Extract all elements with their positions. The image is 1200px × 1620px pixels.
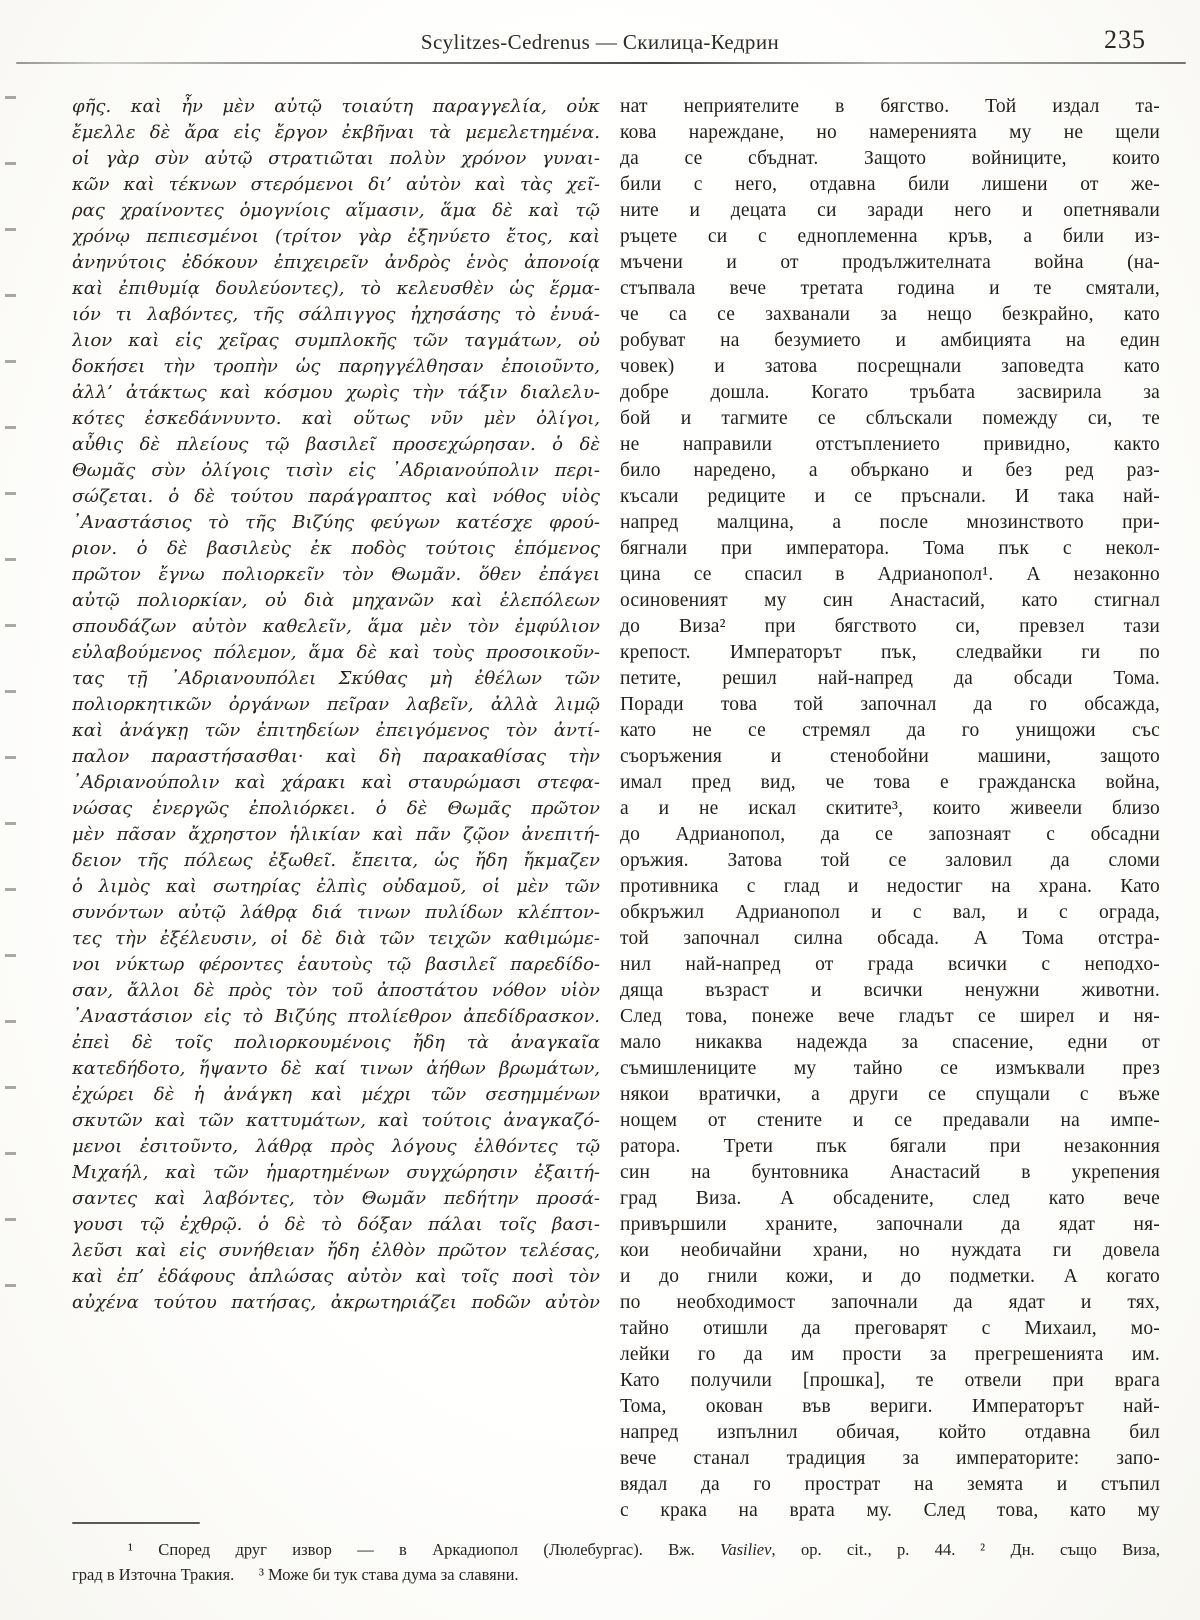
text-line: χρόνῳ πεπιεσμένοι (τρίτον γὰρ ἐξηνύετο ἔ…: [72, 224, 600, 250]
text-line: Тома, окован във вериги. Императорът най…: [620, 1394, 1160, 1420]
text-line: παλον παραστήσασθαι· καὶ δὴ παρακαθίσας …: [72, 744, 600, 770]
text-line: καὶ ἐπ’ ἐδάφους ἁπλώσας αὐτὸν καὶ τοῖς π…: [72, 1264, 600, 1290]
text-line: обкръжил Адрианопол и с вал, и с ограда,: [620, 900, 1160, 926]
text-line: λιον καὶ εἰς χεῖρας συμπλοκῆς τῶν ταγμάτ…: [72, 328, 600, 354]
text-line: нил най-напред от града всички с неподхо…: [620, 952, 1160, 978]
text-line: той започнал силна обсада. А Тома отстра…: [620, 926, 1160, 952]
text-line: Поради това той започнал да го обсажда,: [620, 692, 1160, 718]
text-line: σπουδάζων αὐτὸν καθελεῖν, ἅμα μὲν τὸν ἐμ…: [72, 614, 600, 640]
text-line: σαντες καὶ λαβόντες, τὸν Θωμᾶν πεδήτην π…: [72, 1186, 600, 1212]
text-line: ιόν τι λαβόντες, τῆς σάλπιγγος ἠχησάσης …: [72, 302, 600, 328]
text-line: πρῶτον ἔγνω πολιορκεῖν τὸν Θωμᾶν. ὅθεν ἐ…: [72, 562, 600, 588]
text-line: σκυτῶν καὶ τῶν καττυμάτων, καὶ τούτοις ἀ…: [72, 1108, 600, 1134]
text-line: че са се захванали за нещо безкрайно, ка…: [620, 302, 1160, 328]
text-line: привършили храните, започнали да ядат ня…: [620, 1212, 1160, 1238]
text-line: а и не искал скитите³, които живеели бли…: [620, 796, 1160, 822]
text-line: цина се спасил в Адрианопол¹. А незаконн…: [620, 562, 1160, 588]
text-line: като не се стремял да го унищожи със: [620, 718, 1160, 744]
text-line: Μιχαήλ, καὶ τῶν ἡμαρτημένων συγχώρησιν ἐ…: [72, 1160, 600, 1186]
footnote-text-segment: , op. cit., p. 44. ² Дн. също Виза,: [771, 1540, 1160, 1559]
text-line: ἀλλ’ ἀτάκτως καὶ κόσμου χωρὶς τὴν τάξιν …: [72, 380, 600, 406]
text-line: ἔμελλε δὲ ἄρα εἰς ἔργον ἐκβῆναι τὰ μεμελ…: [72, 120, 600, 146]
text-line: ᾿Αναστάσιον εἰς τὸ Βιζύης πτολίεθρον ἀπε…: [72, 1004, 600, 1030]
text-line: нат неприятелите в бягство. Той издал та…: [620, 94, 1160, 120]
text-line: Като получили [прошка], те отвели при вр…: [620, 1368, 1160, 1394]
text-line: имал пред вид, че това е гражданска войн…: [620, 770, 1160, 796]
running-title: Scylitzes-Cedrenus — Скилица-Кедрин: [0, 30, 1200, 55]
text-line: ἐχώρει δὲ ἡ ἀνάγκη καὶ μέχρι τῶν σεσημμέ…: [72, 1082, 600, 1108]
text-line: δοκήσει τὴν τροπὴν ὡς παρηγγέλθησαν ἐποι…: [72, 354, 600, 380]
text-line: били с него, отдавна били лишени от же-: [620, 172, 1160, 198]
text-line: ἐπεὶ δὲ τοῖς πολιορκουμένοις ἤδη τὰ ἀναγ…: [72, 1030, 600, 1056]
text-line: не направили отстъплението привидно, как…: [620, 432, 1160, 458]
text-line: ратора. Трети пък бягали при незаконния: [620, 1134, 1160, 1160]
scan-artifact-marks: [5, 96, 16, 1301]
text-line: καὶ ἐπιθυμίᾳ δουλεύοντες), τὸ κελευσθὲν …: [72, 276, 600, 302]
footnote-text-segment: град в Източна Тракия. ³ Може би тук ста…: [72, 1565, 519, 1584]
text-line: нощем от стените и се предавали на импе-: [620, 1108, 1160, 1134]
text-line: кова нареждане, но намеренията му не щел…: [620, 120, 1160, 146]
text-line: οἱ γὰρ σὺν αὐτῷ στρατιῶται πολὺν χρόνον …: [72, 146, 600, 172]
text-line: вече станал традиция за императорите: за…: [620, 1446, 1160, 1472]
text-columns: φῆς. καὶ ἦν μὲν αὐτῷ τοιαύτη παραγγελία,…: [72, 94, 1160, 1524]
text-line: стъпвала вече третата година и те смятал…: [620, 276, 1160, 302]
text-line: ните и децата си заради него и опетнявал…: [620, 198, 1160, 224]
text-line: оръжия. Затова той се заловил да сломи: [620, 848, 1160, 874]
text-line: ръцете си с едноплеменна кръв, а били из…: [620, 224, 1160, 250]
text-line: δειον τῆς πόλεως ἐξωθεῖ. ἔπειτα, ὡς ἤδη …: [72, 848, 600, 874]
text-line: τες τὴν ἐξέλευσιν, οἱ δὲ διὰ τῶν τειχῶν …: [72, 926, 600, 952]
text-line: σαν, ἄλλοι δὲ πρὸς τὸν τοῦ ἀποστάτου νόθ…: [72, 978, 600, 1004]
bulgarian-translation-column: нат неприятелите в бягство. Той издал та…: [620, 94, 1160, 1524]
text-line: град Виза. А обсадените, след като вече: [620, 1186, 1160, 1212]
text-line: τας τῇ ᾿Αδριανουπόλει Σκύθας μὴ ἐθέλων τ…: [72, 666, 600, 692]
text-line: συνόντων αὐτῷ λάθρᾳ διά τινων πυλίδων κλ…: [72, 900, 600, 926]
footnote-separator-rule: [72, 1522, 200, 1524]
text-line: добре дошла. Когато тръбата засвирила за: [620, 380, 1160, 406]
text-line: мъчени и от продължителната война (на-: [620, 250, 1160, 276]
text-line: ¹ Според друг извор — в Аркадиопол (Люле…: [72, 1537, 1160, 1562]
header-rule: [16, 62, 1186, 64]
text-line: напред изпълнил обичая, който отдавна би…: [620, 1420, 1160, 1446]
text-line: κατεδήδοτο, ἥψαντο δὲ καί τινων ἀήθων βρ…: [72, 1056, 600, 1082]
text-line: ἀνηνύτοις ἐδόκουν ἐπιχειρεῖν ἀνδρὸς ἑνὸς…: [72, 250, 600, 276]
text-line: αὖθις δὲ πλείους τῷ βασιλεῖ προσεχώρησαν…: [72, 432, 600, 458]
text-line: кои необичайни храни, но нуждата ги дове…: [620, 1238, 1160, 1264]
text-line: мало никаква надежда за спасение, едни о…: [620, 1030, 1160, 1056]
text-line: νοι νύκτωρ φέροντες ἑαυτοὺς τῷ βασιλεῖ π…: [72, 952, 600, 978]
text-line: противника с глад и недостиг на храна. К…: [620, 874, 1160, 900]
text-line: тайно отишли да преговарят с Михаил, мо-: [620, 1316, 1160, 1342]
text-line: κῶν καὶ τέκνων στερόμενοι δι’ αὐτὸν καὶ …: [72, 172, 600, 198]
text-line: γουσι τῷ ἐχθρῷ. ὁ δὲ τὸ δόξαν πάλαι τοῖς…: [72, 1212, 600, 1238]
text-line: късали редиците и се пръснали. И така на…: [620, 484, 1160, 510]
text-line: След това, понеже вече гладът се ширел и…: [620, 1004, 1160, 1030]
text-line: καὶ ἀνάγκῃ τῶν ἐπιτηδείων ἐπειγόμενος τὸ…: [72, 718, 600, 744]
text-line: до Адрианопол, да се запознаят с обсадни: [620, 822, 1160, 848]
text-line: бой и тагмите се сблъскали помежду си, т…: [620, 406, 1160, 432]
text-line: човек) и затова посрещнали заповедта кат…: [620, 354, 1160, 380]
text-line: μὲν πᾶσαν ἄχρηστον ἡλικίαν καὶ πᾶν ζῷον …: [72, 822, 600, 848]
text-line: ριον. ὁ δὲ βασιλεὺς ἐκ ποδὸς τούτοις ἑπό…: [72, 536, 600, 562]
text-line: дяща възраст и всички ненужни животни.: [620, 978, 1160, 1004]
text-line: ᾿Αναστάσιος τὸ τῆς Βιζύης φεύγων κατέσχε…: [72, 510, 600, 536]
text-line: Θωμᾶς σὺν ὀλίγοις τισὶν εἰς ᾿Αδριανούπολ…: [72, 458, 600, 484]
text-line: вядал да го прострат на земята и стъпил: [620, 1472, 1160, 1498]
text-line: с крака на врата му. След това, като му: [620, 1498, 1160, 1524]
text-line: ὁ λιμὸς καὶ σωτηρίας ἐλπὶς οὐδαμοῦ, οἱ μ…: [72, 874, 600, 900]
footnotes-section: ¹ Според друг извор — в Аркадиопол (Люле…: [72, 1522, 1160, 1587]
greek-text-column: φῆς. καὶ ἦν μὲν αὐτῷ τοιαύτη παραγγελία,…: [72, 94, 600, 1524]
text-line: град в Източна Тракия. ³ Може би тук ста…: [72, 1562, 1160, 1587]
text-line: да се сбъднат. Защото войниците, които: [620, 146, 1160, 172]
text-line: σώζεται. ὁ δὲ τούτου παράγραπτος καὶ νόθ…: [72, 484, 600, 510]
text-line: πολιορκητικῶν ὀργάνων πεῖραν λαβεῖν, ἀλλ…: [72, 692, 600, 718]
cited-author: Vasiliev: [720, 1540, 771, 1559]
page-number: 235: [1104, 25, 1146, 55]
text-line: νώσας ἐνεργῶς ἐπολιόρκει. ὁ δὲ Θωμᾶς πρῶ…: [72, 796, 600, 822]
text-line: и до гнили кожи, и до подметки. А когато: [620, 1264, 1160, 1290]
footnote-text-segment: ¹ Според друг извор — в Аркадиопол (Люле…: [128, 1540, 720, 1559]
text-line: петите, решил най-напред да обсади Тома.: [620, 666, 1160, 692]
text-line: робуват на безумието и амбицията на един: [620, 328, 1160, 354]
text-line: по необходимост започнали да ядат и тях,: [620, 1290, 1160, 1316]
text-line: φῆς. καὶ ἦν μὲν αὐτῷ τοιαύτη παραγγελία,…: [72, 94, 600, 120]
text-line: αὐτῷ πολιορκίαν, οὐ διὰ μηχανῶν καὶ ἑλεπ…: [72, 588, 600, 614]
text-line: бягнали при императора. Тома пък с некол…: [620, 536, 1160, 562]
text-line: до Виза² при бягството си, превзел тази: [620, 614, 1160, 640]
text-line: осиновеният му син Анастасий, като стигн…: [620, 588, 1160, 614]
text-line: син на бунтовника Анастасий в укрепения: [620, 1160, 1160, 1186]
text-line: крепост. Императорът пък, следвайки ги п…: [620, 640, 1160, 666]
text-line: напред малцина, а после мнозинството при…: [620, 510, 1160, 536]
text-line: λεῦσι καὶ εἰς συνήθειαν ἤδη ἐλθὸν πρῶτον…: [72, 1238, 600, 1264]
text-line: μενοι ἐσιτοῦντο, λάθρᾳ πρὸς λόγους ἐλθόν…: [72, 1134, 600, 1160]
footnotes-text: ¹ Според друг извор — в Аркадиопол (Люле…: [72, 1537, 1160, 1587]
text-line: съмишлениците му тайно се измъквали през: [620, 1056, 1160, 1082]
text-line: било наредено, а объркано и без ред раз-: [620, 458, 1160, 484]
text-line: εὐλαβούμενος πόλεμον, ἅμα δὲ καὶ τοὺς πρ…: [72, 640, 600, 666]
text-line: съоръжения и стенобойни машини, защото: [620, 744, 1160, 770]
text-line: някои вратички, а други се спущали с въж…: [620, 1082, 1160, 1108]
text-line: κότες ἐσκεδάννυντο. καὶ οὕτως νῦν μὲν ὀλ…: [72, 406, 600, 432]
text-line: ᾿Αδριανούπολιν καὶ χάρακι καὶ σταυρώμασι…: [72, 770, 600, 796]
text-line: αὐχένα τούτου πατήσας, ἀκρωτηριάζει ποδῶ…: [72, 1290, 600, 1316]
text-line: ρας χραίνοντες ὁμογνίοις αἵμασιν, ἅμα δὲ…: [72, 198, 600, 224]
text-line: лейки го да им прости за прегрешенията и…: [620, 1342, 1160, 1368]
book-page: Scylitzes-Cedrenus — Скилица-Кедрин 235 …: [0, 0, 1200, 1620]
